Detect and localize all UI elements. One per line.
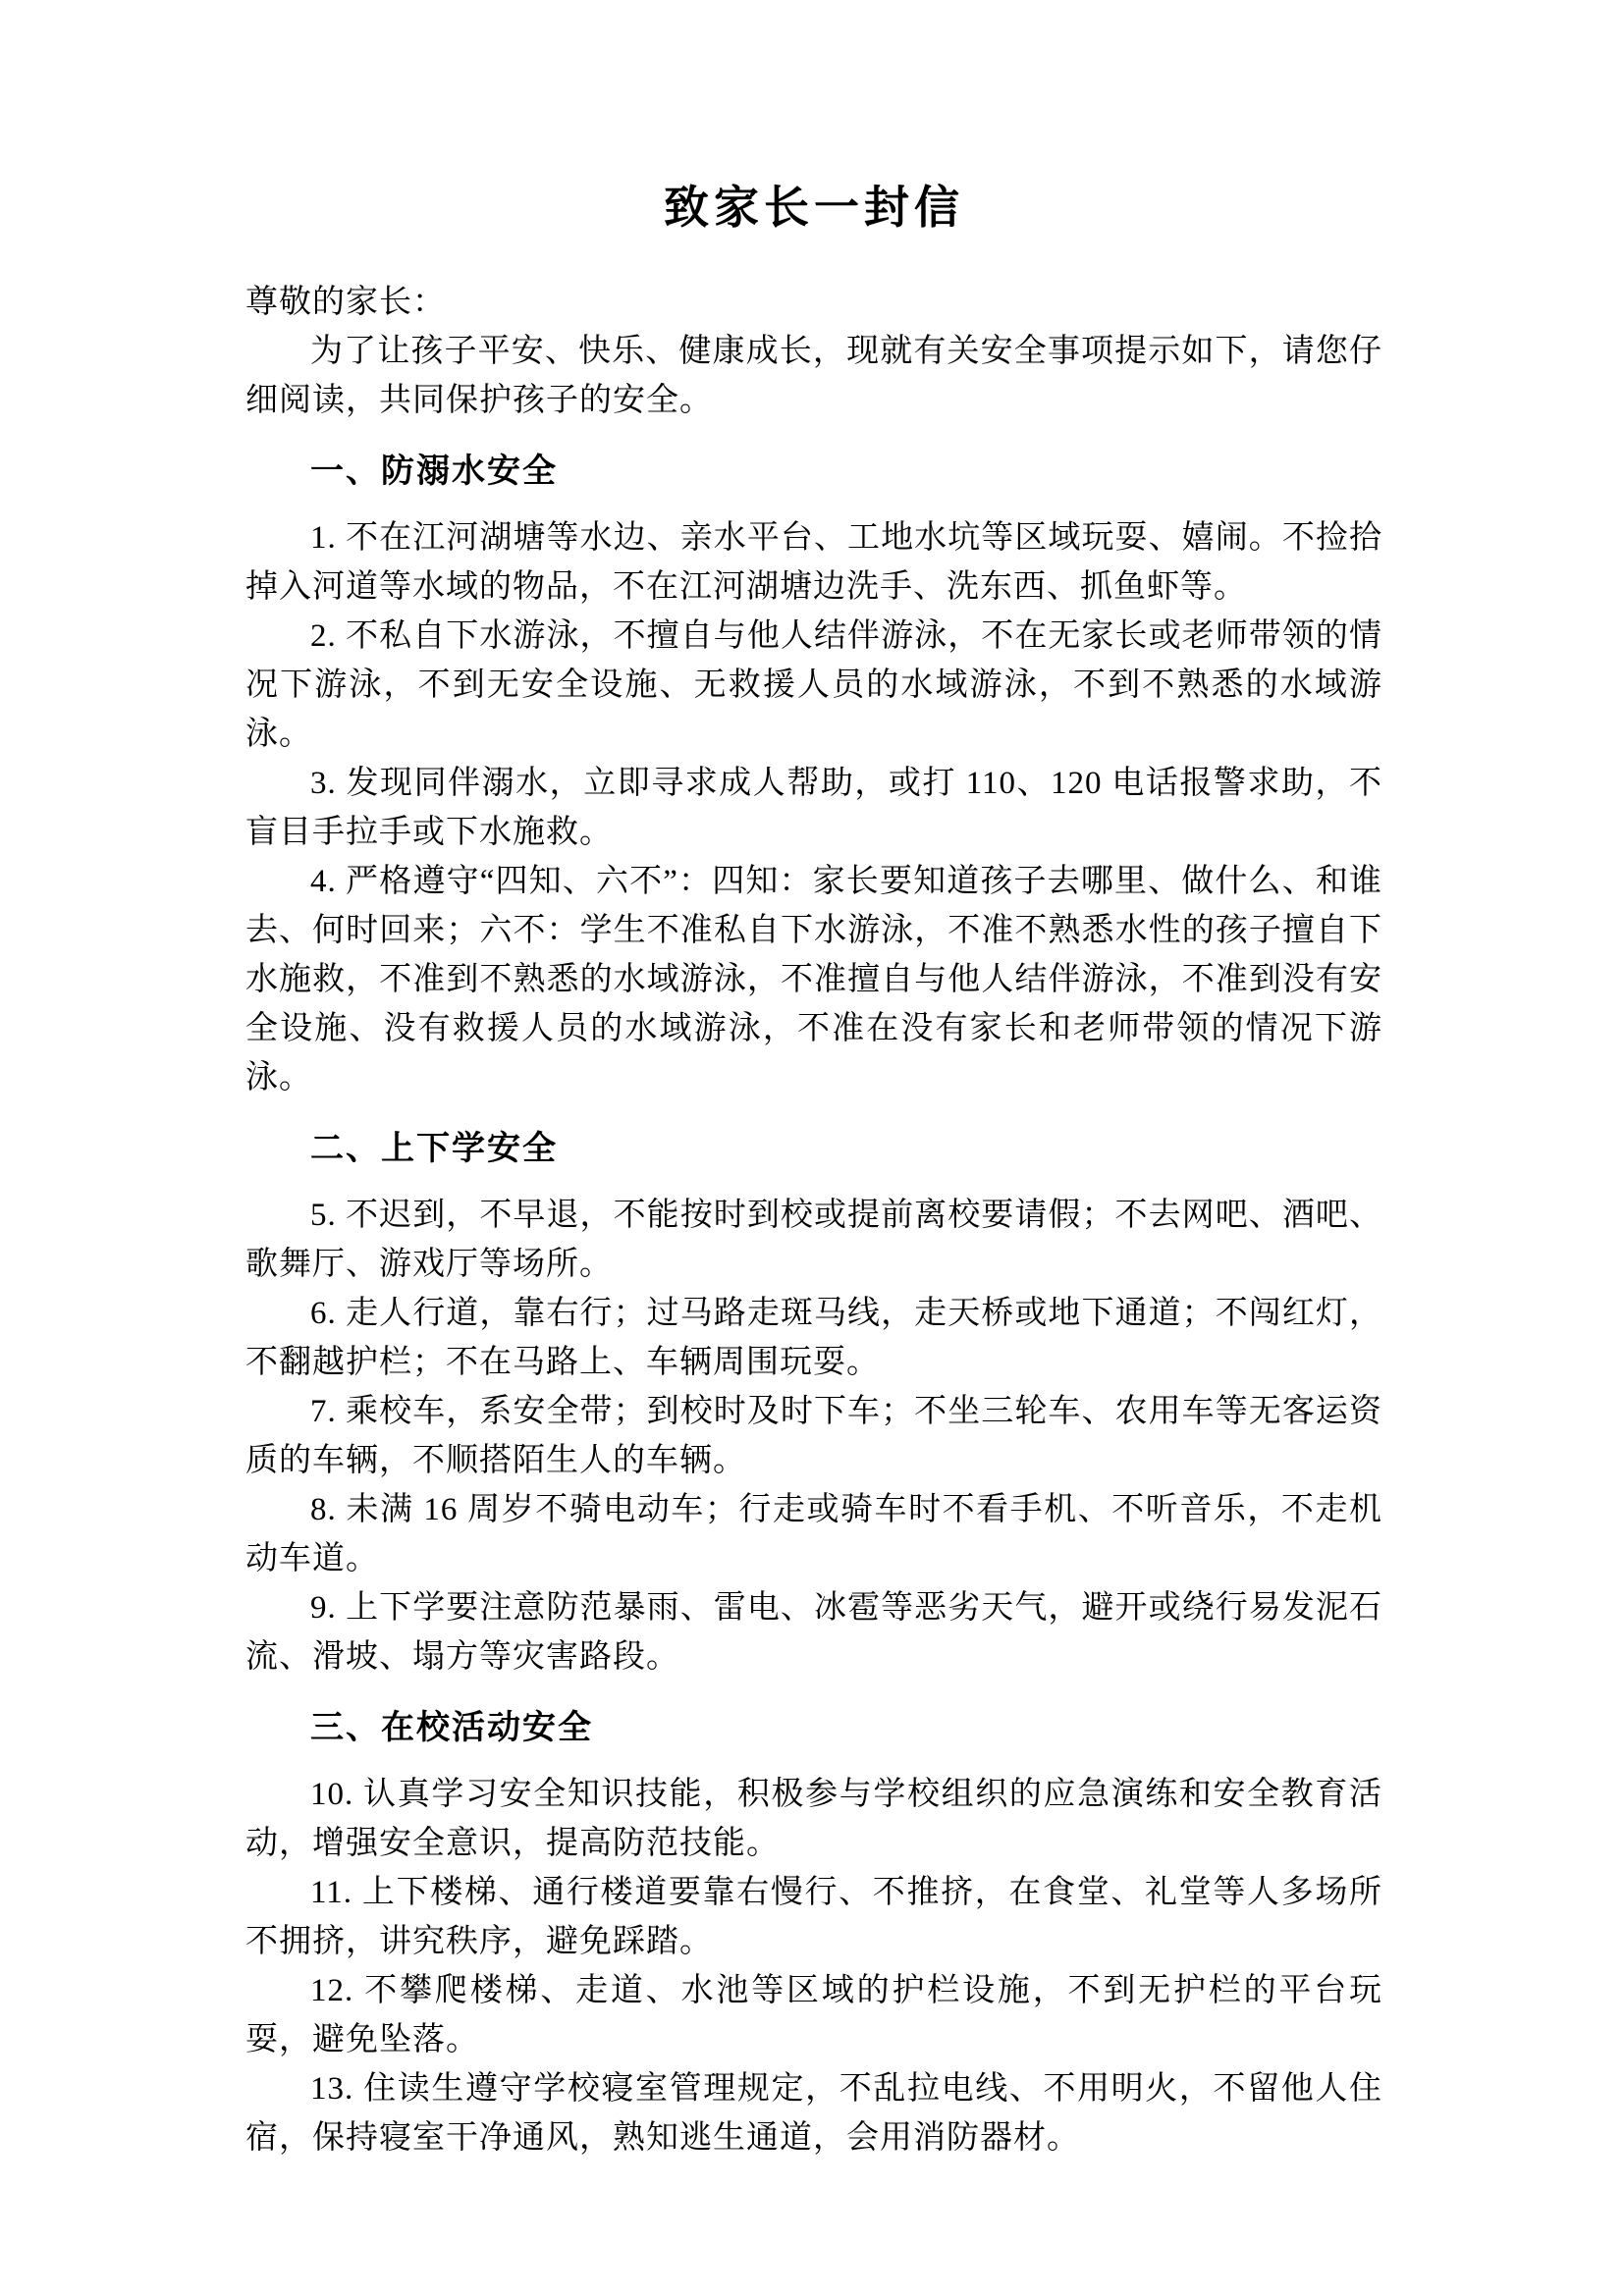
page-title: 致家长一封信 — [245, 180, 1382, 237]
intro-paragraph: 为了让孩子平安、快乐、健康成长，现就有关安全事项提示如下，请您仔细阅读，共同保护… — [245, 327, 1382, 425]
list-item: 11. 上下楼梯、通行楼道要靠右慢行、不推挤，在食堂、礼堂等人多场所不拥挤，讲究… — [245, 1868, 1382, 1966]
section-heading-commute-safety: 二、上下学安全 — [245, 1125, 1382, 1174]
list-item: 10. 认真学习安全知识技能，积极参与学校组织的应急演练和安全教育活动，增强安全… — [245, 1770, 1382, 1868]
list-item: 5. 不迟到，不早退，不能按时到校或提前离校要请假；不去网吧、酒吧、歌舞厅、游戏… — [245, 1191, 1382, 1289]
list-item: 7. 乘校车，系安全带；到校时及时下车；不坐三轮车、农用车等无客运资质的车辆，不… — [245, 1387, 1382, 1485]
list-item: 4. 严格遵守“四知、六不”：四知：家长要知道孩子去哪里、做什么、和谁去、何时回… — [245, 857, 1382, 1102]
list-item: 2. 不私自下水游泳，不擅自与他人结伴游泳，不在无家长或老师带领的情况下游泳，不… — [245, 612, 1382, 759]
list-item: 6. 走人行道，靠右行；过马路走斑马线，走天桥或地下通道；不闯红灯，不翻越护栏；… — [245, 1289, 1382, 1387]
section-heading-school-activity-safety: 三、在校活动安全 — [245, 1704, 1382, 1753]
list-item: 12. 不攀爬楼梯、走道、水池等区域的护栏设施，不到无护栏的平台玩耍，避免坠落。 — [245, 1966, 1382, 2064]
list-item: 1. 不在江河湖塘等水边、亲水平台、工地水坑等区域玩耍、嬉闹。不捡拾掉入河道等水… — [245, 513, 1382, 612]
list-item: 13. 住读生遵守学校寝室管理规定，不乱拉电线、不用明火，不留他人住宿，保持寝室… — [245, 2064, 1382, 2163]
letter-page: 致家长一封信 尊敬的家长： 为了让孩子平安、快乐、健康成长，现就有关安全事项提示… — [0, 0, 1624, 2296]
salutation: 尊敬的家长： — [245, 278, 1382, 327]
section-heading-drowning-safety: 一、防溺水安全 — [245, 448, 1382, 497]
list-item: 9. 上下学要注意防范暴雨、雷电、冰雹等恶劣天气，避开或绕行易发泥石流、滑坡、塌… — [245, 1583, 1382, 1682]
list-item: 3. 发现同伴溺水，立即寻求成人帮助，或打 110、120 电话报警求助，不盲目… — [245, 759, 1382, 857]
list-item: 8. 未满 16 周岁不骑电动车；行走或骑车时不看手机、不听音乐，不走机动车道。 — [245, 1485, 1382, 1583]
